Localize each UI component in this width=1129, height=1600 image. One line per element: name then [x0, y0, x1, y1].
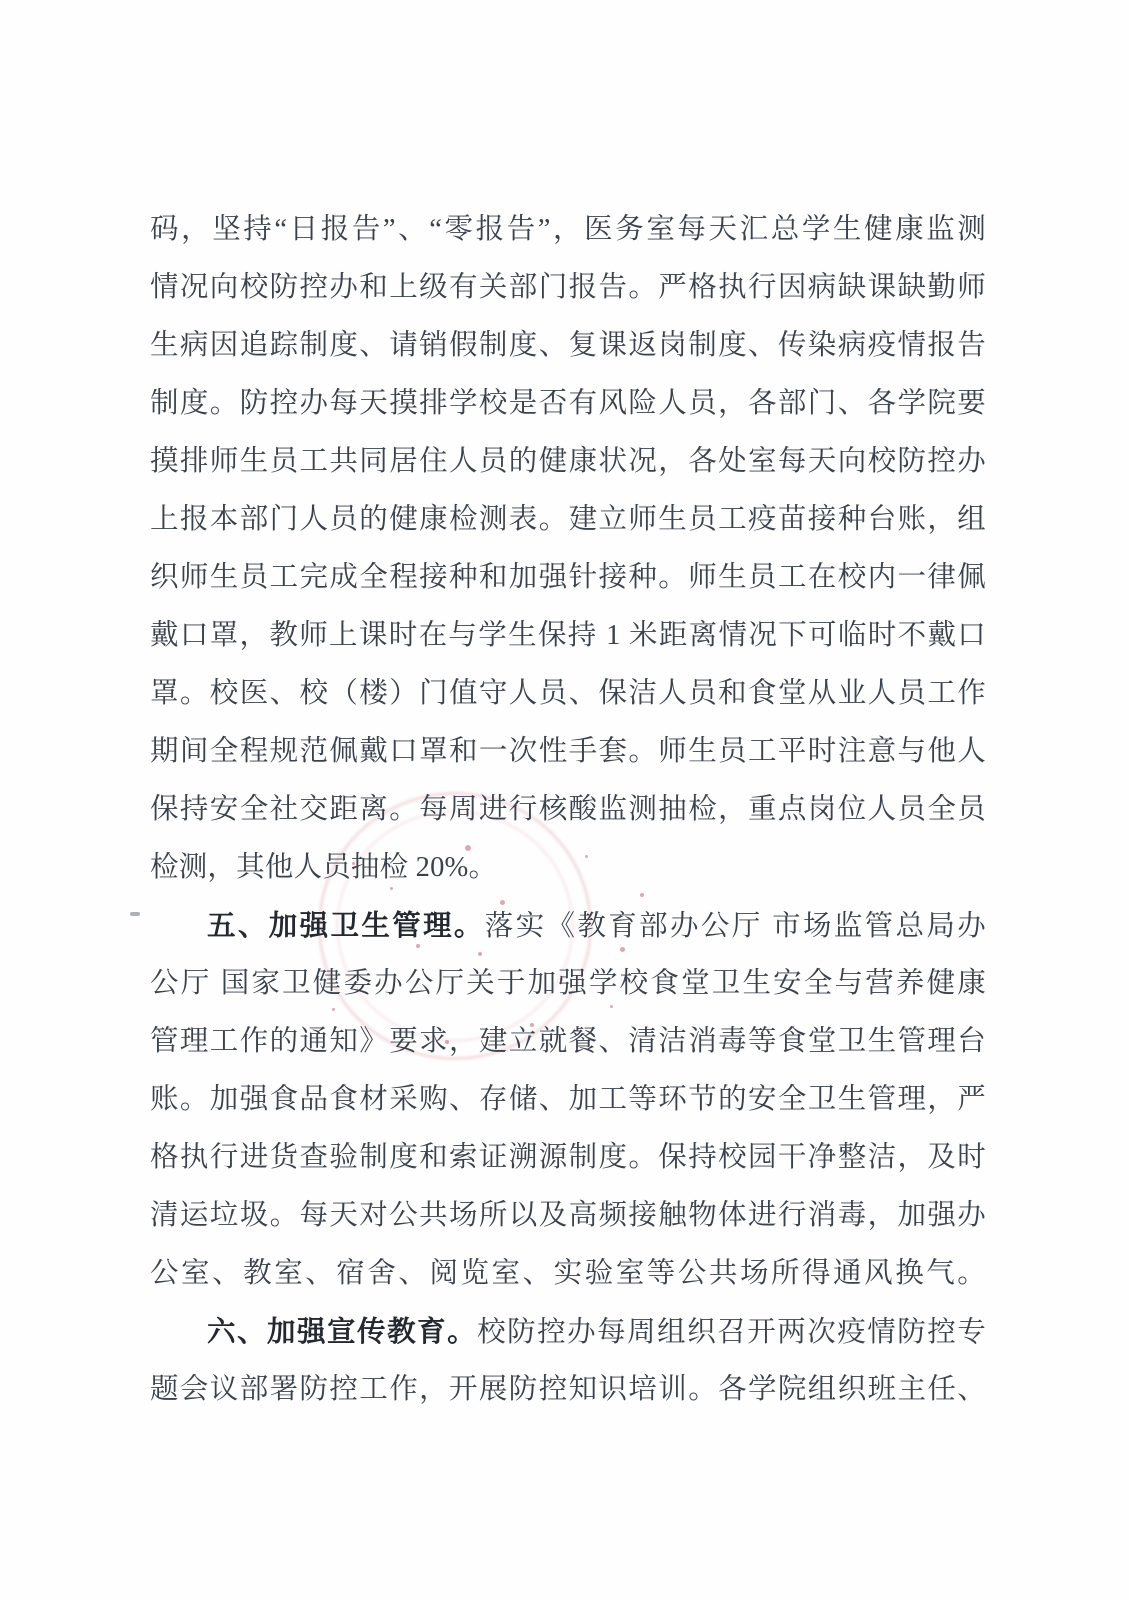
text-line: 罩。校医、校（楼）门值守人员、保洁人员和食堂从业人员工作 — [150, 665, 986, 723]
text-line: 织师生员工完成全程接种和加强针接种。师生员工在校内一律佩 — [150, 549, 986, 607]
line-text: 公厅 国家卫健委办公厅关于加强学校食堂卫生安全与营养健康 — [150, 968, 986, 999]
text-line: 检测，其他人员抽检 20%。 — [150, 839, 986, 897]
scan-artifact-speck — [130, 912, 140, 916]
text-line: 五、加强卫生管理。落实《教育部办公厅 市场监管总局办 — [150, 897, 986, 955]
line-text: 期间全程规范佩戴口罩和一次性手套。师生员工平时注意与他人 — [150, 736, 986, 767]
line-text: 公室、教室、宿舍、阅览室、实验室等公共场所得通风换气。 — [150, 1258, 986, 1289]
text-line: 管理工作的通知》要求，建立就餐、清洁消毒等食堂卫生管理台 — [150, 1013, 986, 1071]
line-text: 戴口罩，教师上课时在与学生保持 1 米距离情况下可临时不戴口 — [150, 620, 986, 651]
text-line: 公厅 国家卫健委办公厅关于加强学校食堂卫生安全与营养健康 — [150, 955, 986, 1013]
line-text: 保持安全社交距离。每周进行核酸监测抽检，重点岗位人员全员 — [150, 794, 986, 825]
text-line: 戴口罩，教师上课时在与学生保持 1 米距离情况下可临时不戴口 — [150, 607, 986, 665]
text-line: 码，坚持“日报告”、“零报告”，医务室每天汇总学生健康监测 — [150, 201, 986, 259]
line-text: 清运垃圾。每天对公共场所以及高频接触物体进行消毒，加强办 — [150, 1200, 986, 1231]
text-line: 制度。防控办每天摸排学校是否有风险人员，各部门、各学院要 — [150, 375, 986, 433]
text-line: 生病因追踪制度、请销假制度、复课返岗制度、传染病疫情报告 — [150, 317, 986, 375]
line-text: 管理工作的通知》要求，建立就餐、清洁消毒等食堂卫生管理台 — [150, 1026, 986, 1057]
line-text: 罩。校医、校（楼）门值守人员、保洁人员和食堂从业人员工作 — [150, 678, 986, 709]
line-text: 上报本部门人员的健康检测表。建立师生员工疫苗接种台账，组 — [150, 504, 986, 535]
text-line: 六、加强宣传教育。校防控办每周组织召开两次疫情防控专 — [150, 1303, 986, 1361]
line-text: 账。加强食品食材采购、存储、加工等环节的安全卫生管理，严 — [150, 1084, 986, 1115]
document-body: 码，坚持“日报告”、“零报告”，医务室每天汇总学生健康监测情况向校防控办和上级有… — [150, 201, 986, 1419]
text-line: 清运垃圾。每天对公共场所以及高频接触物体进行消毒，加强办 — [150, 1187, 986, 1245]
text-line: 公室、教室、宿舍、阅览室、实验室等公共场所得通风换气。 — [150, 1245, 986, 1303]
text-line: 上报本部门人员的健康检测表。建立师生员工疫苗接种台账，组 — [150, 491, 986, 549]
text-line: 情况向校防控办和上级有关部门报告。严格执行因病缺课缺勤师 — [150, 259, 986, 317]
scanned-document-page: 码，坚持“日报告”、“零报告”，医务室每天汇总学生健康监测情况向校防控办和上级有… — [0, 0, 1129, 1600]
line-text: 码，坚持“日报告”、“零报告”，医务室每天汇总学生健康监测 — [150, 214, 986, 245]
line-text: 格执行进货查验制度和索证溯源制度。保持校园干净整洁，及时 — [150, 1142, 986, 1173]
line-text: 情况向校防控办和上级有关部门报告。严格执行因病缺课缺勤师 — [150, 272, 986, 303]
section-heading: 六、加强宣传教育。 — [207, 1316, 477, 1348]
text-line: 格执行进货查验制度和索证溯源制度。保持校园干净整洁，及时 — [150, 1129, 986, 1187]
text-line: 账。加强食品食材采购、存储、加工等环节的安全卫生管理，严 — [150, 1071, 986, 1129]
line-text: 摸排师生员工共同居住人员的健康状况，各处室每天向校防控办 — [150, 446, 986, 477]
line-text: 制度。防控办每天摸排学校是否有风险人员，各部门、各学院要 — [150, 388, 986, 419]
text-line: 期间全程规范佩戴口罩和一次性手套。师生员工平时注意与他人 — [150, 723, 986, 781]
line-text: 检测，其他人员抽检 20%。 — [150, 852, 497, 883]
text-line: 保持安全社交距离。每周进行核酸监测抽检，重点岗位人员全员 — [150, 781, 986, 839]
section-heading: 五、加强卫生管理。 — [207, 910, 485, 942]
line-text: 织师生员工完成全程接种和加强针接种。师生员工在校内一律佩 — [150, 562, 986, 593]
line-text: 校防控办每周组织召开两次疫情防控专 — [477, 1317, 986, 1348]
text-line: 摸排师生员工共同居住人员的健康状况，各处室每天向校防控办 — [150, 433, 986, 491]
text-line: 题会议部署防控工作，开展防控知识培训。各学院组织班主任、 — [150, 1361, 986, 1419]
line-text: 生病因追踪制度、请销假制度、复课返岗制度、传染病疫情报告 — [150, 330, 986, 361]
line-text: 题会议部署防控工作，开展防控知识培训。各学院组织班主任、 — [150, 1374, 986, 1405]
line-text: 落实《教育部办公厅 市场监管总局办 — [485, 911, 986, 942]
